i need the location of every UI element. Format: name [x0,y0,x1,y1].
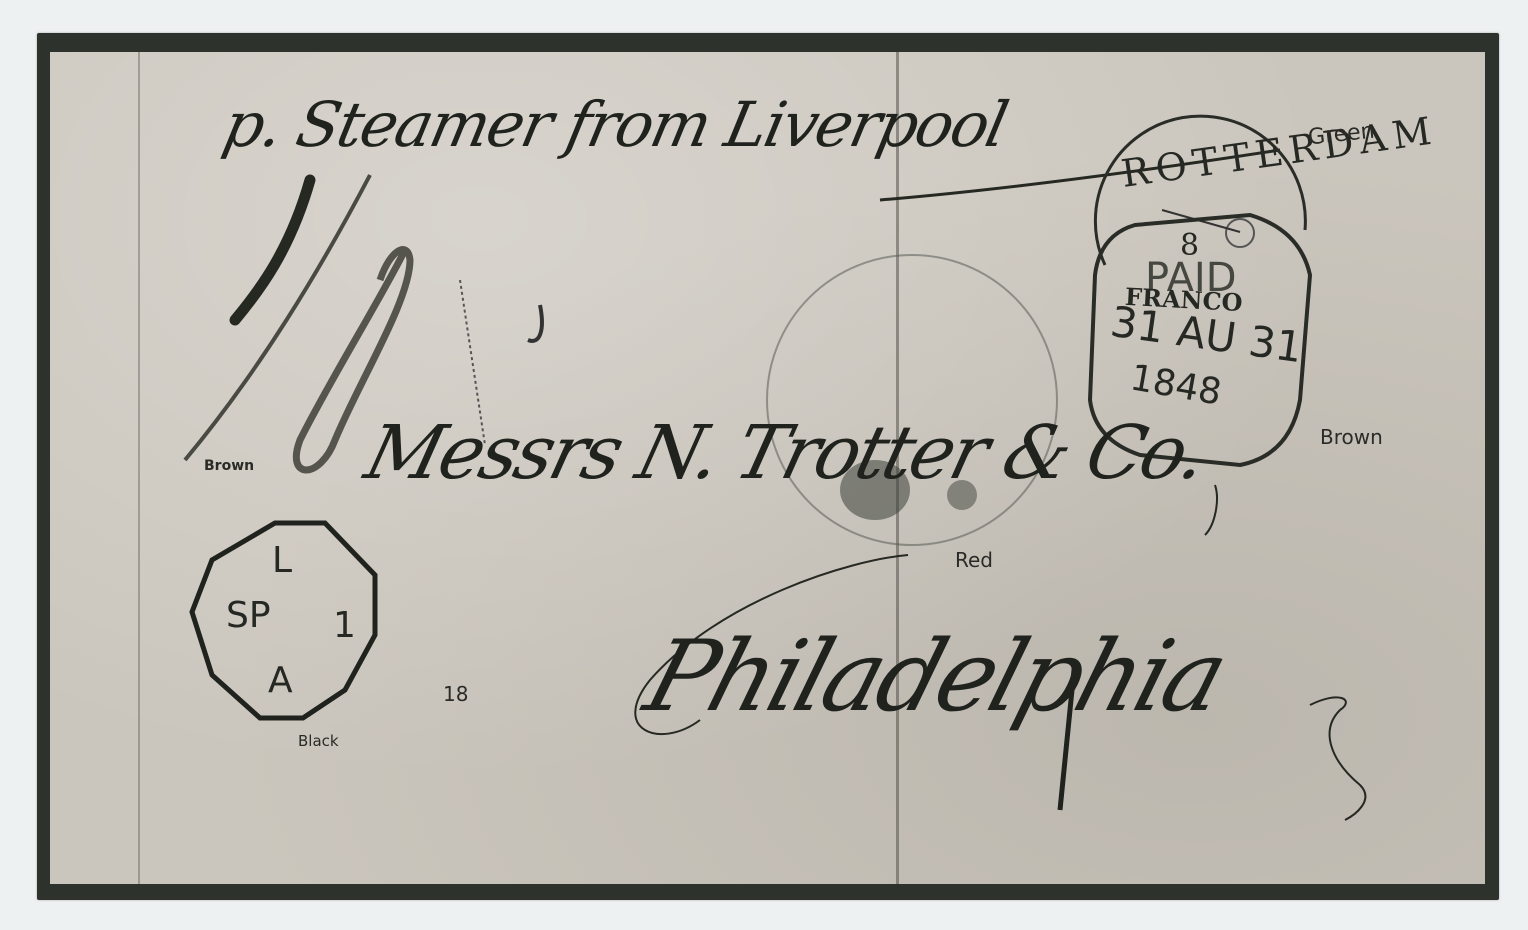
note-brown-rate: Brown [204,458,254,474]
addressee: Messrs N. Trotter & Co. [357,410,1213,496]
note-black: Black [298,732,339,750]
red-circle-postmark [767,255,1057,545]
note-red: Red [955,548,993,572]
routing-endorsement: p. Steamer from Liverpool [217,88,1012,161]
london-day: 1 [333,605,356,646]
london-top-letter: L [272,540,292,581]
london-bottom-letter: A [268,660,293,701]
destination: Philadelphia [634,620,1237,734]
london-sp: SP [226,595,271,636]
note-brown-right: Brown [1320,425,1383,449]
note-eighteen: 18 [443,682,468,706]
